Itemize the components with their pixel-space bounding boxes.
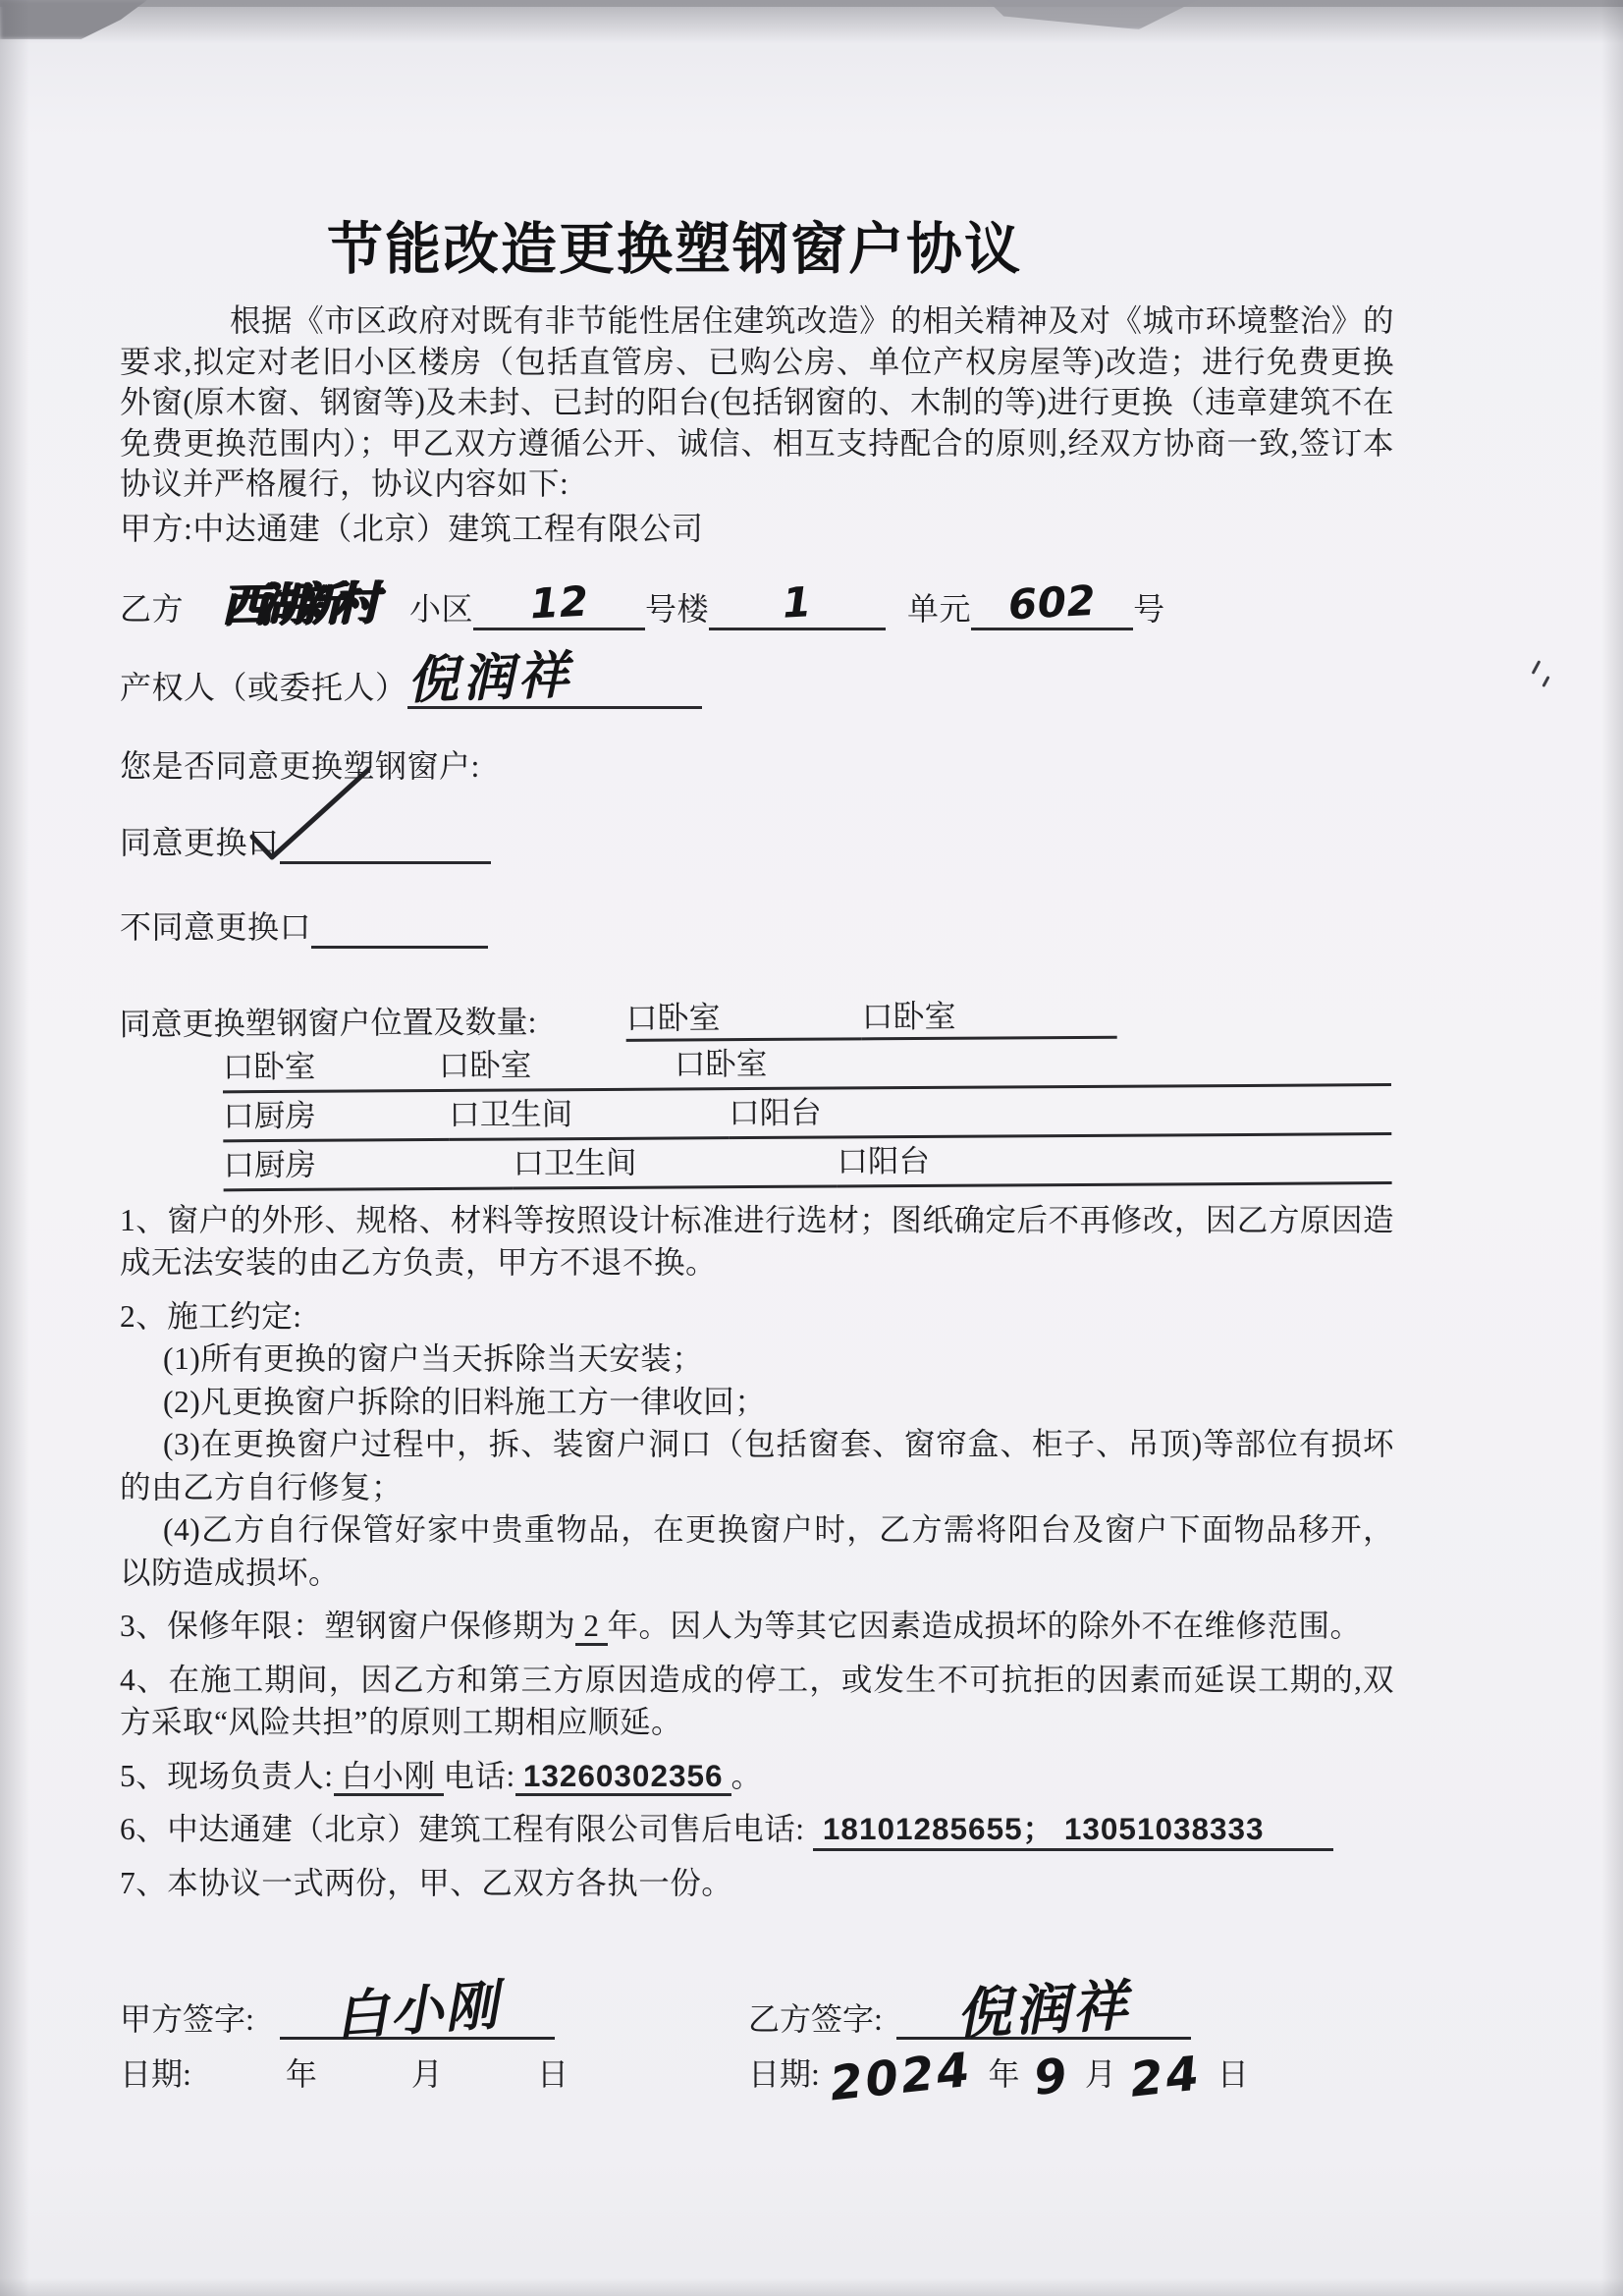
room-number-field: 602 <box>971 584 1133 630</box>
scan-artifact-right-shadow <box>1601 0 1623 2296</box>
party-a-name: 中达通建（北京）建筑工程有限公司 <box>192 511 703 546</box>
scan-artifact-top-strip <box>0 0 1623 7</box>
positions-label: 同意更换塑钢窗户位置及数量: <box>119 996 625 1044</box>
term-6-number: 6、 <box>120 1812 167 1846</box>
term-2-number: 2、 <box>120 1299 167 1334</box>
term-5-phone-label: 电话: <box>444 1759 515 1793</box>
position-checkbox-label: 口卧室 <box>625 993 720 1039</box>
party-a-signature-label: 甲方签字: <box>120 1995 254 2040</box>
scan-artifact-bottom-shadow <box>0 2278 1623 2296</box>
after-sales-phones: 18101285655； 13051038333 <box>813 1811 1333 1851</box>
scanned-agreement-page: 节能改造更换塑钢窗户协议 根据《市区政府对既有非节能性居住建筑改造》的相关精神及… <box>0 0 1623 2296</box>
party-b-signature-row: 乙方签字: 倪润祥 <box>748 1977 1394 2040</box>
warranty-years-value: 2 <box>575 1609 607 1646</box>
term-4: 4、在施工期间，因乙方和第三方原因造成的停工，或发生不可抗拒的因素而延误工期的,… <box>120 1659 1394 1744</box>
positions-row-1: 口卧室 口卧室 口卧室 <box>223 1037 1391 1093</box>
party-b-date-row: 日期: 2024 年 9 月 24 日 <box>748 2044 1394 2095</box>
agreement-content: 节能改造更换塑钢窗户协议 根据《市区政府对既有非节能性居住建筑改造》的相关精神及… <box>120 204 1394 2095</box>
position-checkbox-label: 口卫生间 <box>449 1090 572 1138</box>
party-b-year-handwritten: 2024 <box>828 2051 974 2102</box>
position-checkbox-label: 口卧室 <box>439 1041 532 1089</box>
position-checkbox-label: 口阳台 <box>729 1088 822 1136</box>
term-6-text-pre: 中达通建（北京）建筑工程有限公司售后电话: <box>167 1812 804 1846</box>
term-2-sub-4: (4)乙方自行保管好家中贵重物品，在更换窗户时，乙方需将阳台及窗户下面物品移开，… <box>120 1508 1394 1594</box>
position-checkbox-label: 口卫生间 <box>513 1138 636 1186</box>
position-cell: 口阳台 <box>729 1086 1391 1139</box>
stray-pen-marks <box>1535 660 1564 699</box>
term-5-number: 5、 <box>120 1759 167 1793</box>
term-3-text-pre: 保修年限：塑钢窗户保修期为 <box>167 1609 575 1643</box>
site-manager-phone: 13260302356 <box>515 1758 731 1796</box>
positions-row-2: 口厨房 口卫生间 口阳台 <box>223 1086 1391 1142</box>
position-checkbox-label: 口阳台 <box>837 1136 930 1184</box>
unit-number-field: 1 <box>709 584 886 630</box>
term-6: 6、中达通建（北京）建筑工程有限公司售后电话: 18101285655； 130… <box>120 1808 1394 1851</box>
party-a-signature-field: 白小刚 <box>280 1992 555 2040</box>
party-a-signature-handwritten: 白小刚 <box>334 1986 501 2037</box>
position-cell: 口厨房 <box>223 1091 449 1141</box>
party-b-signature-block: 乙方签字: 倪润祥 日期: 2024 年 9 月 24 日 <box>748 1977 1394 2095</box>
position-cell: 口卧室 <box>223 1042 439 1092</box>
term-5-text-pre: 现场负责人: <box>167 1759 333 1793</box>
position-cell: 口卧室 <box>439 1041 675 1091</box>
position-cell: 口卧室 <box>861 990 1116 1040</box>
disagree-option-line: 不同意更换口 <box>120 903 1394 949</box>
owner-name-field: 倪润祥 <box>407 660 702 709</box>
term-7-number: 7、 <box>120 1866 167 1900</box>
party-b-signature-label: 乙方签字: <box>748 1995 883 2040</box>
position-checkbox-label: 口厨房 <box>223 1091 316 1139</box>
day-label: 日 <box>1217 2050 1249 2095</box>
position-cell: 口卫生间 <box>513 1138 837 1189</box>
owner-label: 产权人（或委托人） <box>120 666 407 709</box>
party-a-line: 甲方:中达通建（北京）建筑工程有限公司 <box>120 507 1394 550</box>
party-b-signature-handwritten: 倪润祥 <box>955 1986 1131 2036</box>
term-3-number: 3、 <box>120 1609 167 1643</box>
term-5-text-post: 。 <box>731 1759 763 1793</box>
agree-answer-field <box>280 851 491 864</box>
term-1-number: 1、 <box>120 1203 167 1237</box>
label-xiaoqu: 小区 <box>409 587 473 630</box>
year-label: 年 <box>989 2050 1020 2095</box>
term-2-text: 施工约定: <box>167 1299 301 1334</box>
position-cell: 口阳台 <box>837 1135 1391 1187</box>
owner-line: 产权人（或委托人） 倪润祥 <box>120 648 1394 709</box>
party-b-line: 乙方 西湖新村 小区 12 号楼 1 单元 602 号 <box>120 566 1394 630</box>
term-7-text: 本协议一式两份，甲、乙双方各执一份。 <box>167 1866 732 1900</box>
term-2-sub-3: (3)在更换窗户过程中，拆、装窗户洞口（包括窗套、窗帘盒、柜子、吊顶)等部位有损… <box>120 1423 1394 1508</box>
position-cell: 口卧室 <box>625 992 861 1041</box>
party-a-date-label: 日期: <box>120 2050 191 2095</box>
party-b-day-handwritten: 24 <box>1128 2055 1203 2098</box>
term-3: 3、保修年限：塑钢窗户保修期为2年。因人为等其它因素造成损坏的除外不在维修范围。 <box>120 1605 1394 1648</box>
position-checkbox-label: 口卧室 <box>861 991 955 1037</box>
position-checkbox-label: 口卧室 <box>223 1042 316 1090</box>
term-7: 7、本协议一式两份，甲、乙双方各执一份。 <box>120 1862 1394 1905</box>
term-1: 1、窗户的外形、规格、材料等按照设计标准进行选材；图纸确定后不再修改，因乙方原因… <box>120 1199 1394 1285</box>
label-haolou: 号楼 <box>645 587 709 630</box>
month-label: 月 <box>411 2050 443 2095</box>
position-cell: 口卧室 <box>675 1037 1391 1090</box>
community-handwritten: 西湖新村 <box>222 585 372 622</box>
party-b-signature-field: 倪润祥 <box>896 1991 1191 2040</box>
scan-artifact-left-shadow <box>0 0 29 2296</box>
term-1-text: 窗户的外形、规格、材料等按照设计标准进行选材；图纸确定后不再修改，因乙方原因造成… <box>120 1203 1394 1281</box>
room-number-value: 602 <box>1007 585 1097 620</box>
party-a-signature-row: 甲方签字: 白小刚 <box>120 1977 748 2040</box>
document-title: 节能改造更换塑钢窗户协议 <box>120 204 1229 285</box>
intro-paragraph: 根据《市区政府对既有非节能性居住建筑改造》的相关精神及对《城市环境整治》的要求,… <box>120 301 1394 505</box>
party-a-date-row: 日期: 年 月 日 <box>120 2044 748 2095</box>
community-field: 西湖新村 <box>184 587 409 630</box>
owner-name-handwritten: 倪润祥 <box>406 657 572 700</box>
position-cell: 口厨房 <box>223 1140 513 1191</box>
month-label: 月 <box>1085 2050 1116 2095</box>
term-2-sub-1: (1)所有更换的窗户当天拆除当天安装； <box>120 1338 1394 1381</box>
terms-section: 1、窗户的外形、规格、材料等按照设计标准进行选材；图纸确定后不再修改，因乙方原因… <box>120 1199 1394 1905</box>
disagree-answer-field <box>311 936 488 949</box>
building-number-field: 12 <box>473 584 645 630</box>
position-cell: 口卫生间 <box>449 1090 729 1141</box>
party-b-label: 乙方 <box>120 587 184 630</box>
label-danyuan: 单元 <box>907 587 971 630</box>
handwritten-check-mark <box>243 762 390 865</box>
term-2: 2、施工约定: <box>120 1295 1394 1339</box>
window-positions-section: 同意更换塑钢窗户位置及数量: 口卧室 口卧室 口卧室 口卧室 口卧室 口厨房 口… <box>119 986 1394 1192</box>
term-2-sub-2: (2)凡更换窗户拆除的旧料施工方一律收回； <box>120 1381 1394 1424</box>
label-hao: 号 <box>1133 587 1165 630</box>
year-label: 年 <box>286 2050 317 2095</box>
term-5: 5、现场负责人:白小刚电话:13260302356。 <box>120 1755 1394 1798</box>
disagree-option-label: 不同意更换口 <box>120 905 311 949</box>
party-a-label: 甲方: <box>120 511 192 546</box>
unit-number-value: 1 <box>782 587 812 619</box>
positions-row-3: 口厨房 口卫生间 口阳台 <box>223 1135 1391 1191</box>
day-label: 日 <box>537 2050 568 2095</box>
site-manager-name: 白小刚 <box>334 1759 444 1796</box>
signature-section: 甲方签字: 白小刚 日期: 年 月 日 乙方签字: 倪润祥 日期: 2024 <box>120 1977 1394 2095</box>
party-a-signature-block: 甲方签字: 白小刚 日期: 年 月 日 <box>120 1977 748 2095</box>
position-checkbox-label: 口厨房 <box>223 1140 316 1188</box>
party-b-month-handwritten: 9 <box>1032 2057 1071 2097</box>
building-number-value: 12 <box>529 586 589 619</box>
positions-header-row: 同意更换塑钢窗户位置及数量: 口卧室 口卧室 <box>119 986 1393 1045</box>
term-4-text: 在施工期间，因乙方和第三方原因造成的停工，或发生不可抗拒的因素而延误工期的,双方… <box>120 1663 1394 1740</box>
scan-artifact-top-shadow <box>0 0 1623 51</box>
position-checkbox-label: 口卧室 <box>675 1039 768 1087</box>
agree-option-line: 同意更换口 <box>120 819 1394 864</box>
term-4-number: 4、 <box>120 1663 169 1697</box>
term-3-text-post: 年。因人为等其它因素造成损坏的除外不在维修范围。 <box>608 1609 1362 1643</box>
party-b-date-label: 日期: <box>748 2050 820 2095</box>
